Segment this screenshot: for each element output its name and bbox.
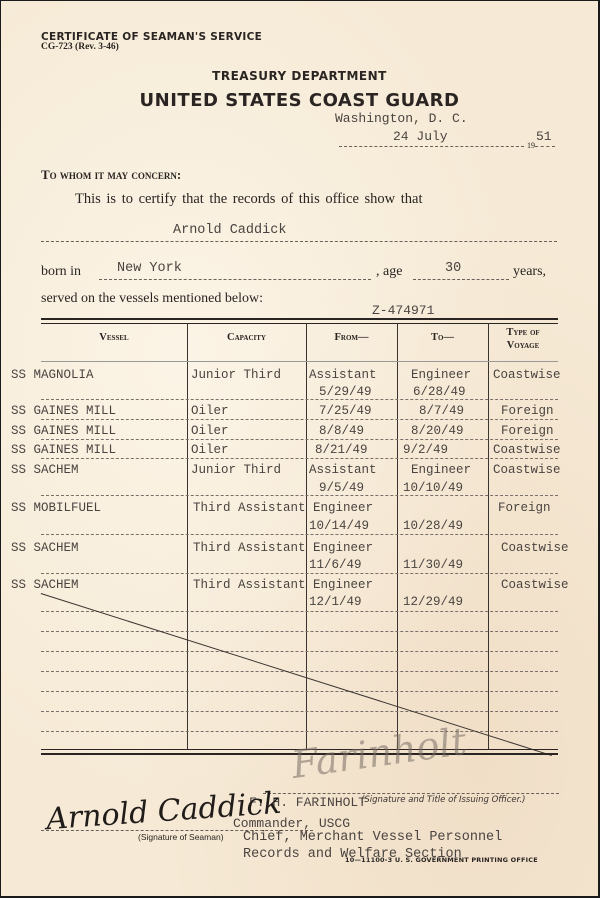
from-date: 9/5/49 bbox=[319, 481, 364, 495]
capacity-cont: Engineer bbox=[411, 463, 471, 477]
row-rule bbox=[41, 458, 558, 459]
vessel-name: SS SACHEM bbox=[11, 541, 79, 555]
empty-row-rule bbox=[41, 631, 558, 632]
born-label: born in bbox=[41, 264, 81, 280]
to-date: 12/29/49 bbox=[403, 595, 463, 609]
issue-year: 51 bbox=[536, 129, 552, 144]
header-type-1: Type of bbox=[488, 327, 558, 338]
capacity-cont: Assistant bbox=[309, 368, 377, 382]
to-date: 10/28/49 bbox=[403, 519, 463, 533]
header-vessel: Vessel bbox=[41, 332, 187, 343]
capacity: Third Assistant Engineer bbox=[193, 501, 373, 515]
from-date: 10/14/49 bbox=[309, 519, 369, 533]
from-date: 12/1/49 bbox=[309, 595, 362, 609]
seaman-name: Arnold Caddick bbox=[173, 223, 286, 238]
officer-signature: Farinholt bbox=[289, 719, 469, 787]
capacity: Oiler bbox=[191, 424, 229, 438]
vessel-name: SS GAINES MILL bbox=[11, 424, 116, 438]
header-from: From— bbox=[306, 332, 397, 343]
salutation: To whom it may concern: bbox=[41, 167, 181, 183]
to-date: 11/30/49 bbox=[403, 558, 463, 572]
from-date: 11/6/49 bbox=[309, 558, 362, 572]
voyage-type: Coastwise bbox=[493, 463, 561, 477]
age-value: 30 bbox=[445, 261, 461, 276]
certify-text: This is to certify that the records of t… bbox=[75, 191, 423, 208]
vessel-name: SS GAINES MILL bbox=[11, 443, 116, 457]
empty-row-rule bbox=[41, 671, 558, 672]
voyage-type: Foreign bbox=[498, 501, 551, 515]
row-rule bbox=[41, 534, 558, 535]
row-rule bbox=[41, 439, 558, 440]
empty-row-rule bbox=[41, 651, 558, 652]
vessel-name: SS SACHEM bbox=[11, 578, 79, 592]
voyage-type: Coastwise bbox=[493, 443, 561, 457]
name-line bbox=[41, 241, 557, 242]
to-date: 8/20/49 bbox=[411, 424, 464, 438]
header-rule bbox=[41, 361, 558, 362]
birthplace: New York bbox=[117, 261, 182, 276]
year-prefix: 19 bbox=[527, 141, 535, 150]
to-date: 6/28/49 bbox=[413, 385, 466, 399]
age-label: , age bbox=[376, 264, 402, 280]
form-id: CG-723 (Rev. 3-46) bbox=[41, 42, 119, 52]
to-date: 10/10/49 bbox=[403, 481, 463, 495]
to-date: 8/7/49 bbox=[419, 404, 464, 418]
empty-row-rule bbox=[41, 691, 558, 692]
issue-city: Washington, D. C. bbox=[335, 111, 468, 126]
voyage-type: Foreign bbox=[501, 424, 554, 438]
officer-caption: (Signature and Title of Issuing Officer.… bbox=[361, 795, 525, 805]
certificate-page: CERTIFICATE OF SEAMAN'S SERVICE CG-723 (… bbox=[1, 1, 598, 896]
vessel-name: SS GAINES MILL bbox=[11, 404, 116, 418]
capacity: Oiler bbox=[191, 404, 229, 418]
from-date: 5/29/49 bbox=[319, 385, 372, 399]
served-text: served on the vessels mentioned below: bbox=[41, 291, 263, 307]
row-rule bbox=[41, 399, 558, 400]
capacity: Junior Third bbox=[191, 368, 281, 382]
from-date: 8/8/49 bbox=[319, 424, 364, 438]
capacity: Third Assistant Engineer bbox=[193, 578, 373, 592]
birthplace-line bbox=[99, 279, 371, 280]
voyage-type: Coastwise bbox=[493, 368, 561, 382]
age-line bbox=[413, 279, 509, 280]
z-number: Z-474971 bbox=[372, 303, 434, 318]
years-label: years, bbox=[513, 264, 546, 280]
agency-title: UNITED STATES COAST GUARD bbox=[1, 90, 598, 111]
officer-title-1: Chief, Merchant Vessel Personnel bbox=[243, 830, 502, 845]
voyage-type: Coastwise bbox=[501, 541, 569, 555]
department: TREASURY DEPARTMENT bbox=[1, 69, 598, 83]
year-line bbox=[535, 146, 555, 147]
vessel-name: SS SACHEM bbox=[11, 463, 79, 477]
table-top-rule bbox=[41, 318, 558, 324]
col-divider bbox=[488, 323, 489, 749]
issue-date: 24 July bbox=[393, 129, 448, 144]
capacity-cont: Engineer bbox=[411, 368, 471, 382]
from-date: 8/21/49 bbox=[315, 443, 368, 457]
capacity: Third Assistant Engineer bbox=[193, 541, 373, 555]
from-date: 7/25/49 bbox=[319, 404, 372, 418]
col-divider bbox=[397, 323, 398, 749]
officer-rank: Commander, USCG bbox=[233, 816, 350, 831]
capacity: Junior Third bbox=[191, 463, 281, 477]
printer-imprint: 10—11100-3 U. S. GOVERNMENT PRINTING OFF… bbox=[345, 856, 538, 864]
row-rule bbox=[41, 495, 558, 496]
col-divider bbox=[187, 323, 188, 749]
row-rule bbox=[41, 419, 558, 420]
col-divider bbox=[306, 323, 307, 749]
header-type-2: Voyage bbox=[488, 340, 558, 351]
voyage-type: Foreign bbox=[501, 404, 554, 418]
empty-row-rule bbox=[41, 711, 558, 712]
row-rule bbox=[41, 611, 558, 612]
date-line bbox=[339, 146, 524, 147]
officer-signature-line bbox=[263, 793, 559, 794]
capacity-cont: Assistant bbox=[309, 463, 377, 477]
header-capacity: Capacity bbox=[187, 332, 306, 343]
vessel-name: SS MAGNOLIA bbox=[11, 368, 94, 382]
vessel-name: SS MOBILFUEL bbox=[11, 501, 101, 515]
row-rule bbox=[41, 573, 558, 574]
to-date: 9/2/49 bbox=[403, 443, 448, 457]
capacity: Oiler bbox=[191, 443, 229, 457]
voyage-type: Coastwise bbox=[501, 578, 569, 592]
seaman-caption: (Signature of Seaman) bbox=[138, 832, 224, 842]
header-to: To— bbox=[397, 332, 488, 343]
